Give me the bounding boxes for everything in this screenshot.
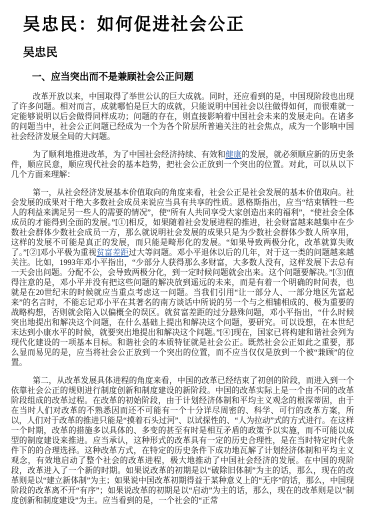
link-pinfu-chaju[interactable]: 贫富差距: [96, 248, 128, 257]
paragraph-4: 第二，从改革发展具体进程的角度来看，中国的改革已经结束了初创的阶段，而进入到一个…: [11, 376, 354, 506]
paragraph-3-text-pre: 第一，从社会经济发展基本价值取向的角度来看，社会公正是社会发展的基本价值取向。社…: [11, 188, 354, 257]
paragraph-3-text-post: 过大等问题。邓小平退休以后的几年，对于这一类的问题越来越关注。比如，1993年邓…: [11, 248, 354, 367]
paragraph-1: 改革开放以来，中国取得了举世公认的巨大成就。同时，还应看到的是，中国现阶段也出现…: [11, 92, 354, 142]
paragraph-2: 为了顺利地推进改革，为了中国社会经济持续、有效和健康的发展，就必须顺应新的历史条…: [11, 150, 354, 180]
link-jiankang[interactable]: 健康: [225, 150, 241, 159]
document-viewport: { "page": { "background_color": "#ffffff…: [0, 0, 365, 516]
section-heading-1: 一、应当突出而不是兼顾社会公正问题: [32, 73, 354, 84]
article-page: 吴忠民：如何促进社会公正 吴忠民 一、应当突出而不是兼顾社会公正问题 改革开放以…: [0, 0, 365, 516]
paragraph-2-text-pre: 为了顺利地推进改革，为了中国社会经济持续、有效和: [33, 150, 226, 159]
article-author: 吴忠民: [23, 47, 354, 60]
article-title: 吴忠民：如何促进社会公正: [23, 14, 354, 35]
paragraph-3: 第一，从社会经济发展基本价值取向的角度来看，社会公正是社会发展的基本价值取向。社…: [11, 188, 354, 368]
